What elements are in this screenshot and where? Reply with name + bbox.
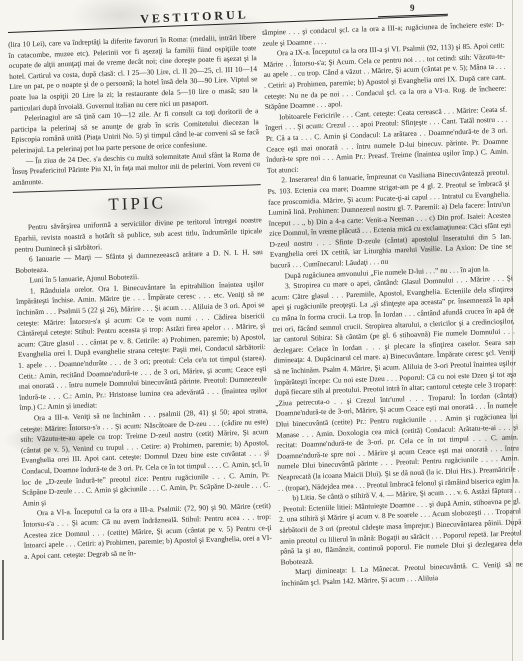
pilgrimage-paragraph: (lira 10 Lei), care va îndreptăţi la dif… — [8, 32, 258, 114]
section-title-tipic: TIPIC — [13, 189, 262, 219]
tipic-paragraph: b) Litia. Se cântă o stihiră V. 4. — Măr… — [278, 485, 522, 568]
tipic-paragraph: 3. Stropirea cu mare o apei, cântând: Gl… — [271, 274, 520, 494]
tipic-paragraph: Iobitoarele Fericirile . . . Cant. ceteş… — [265, 104, 509, 176]
binding-mark — [2, 560, 4, 640]
tipic-paragraph: 1. Rânduiala orelor. Ora I. Binecuvântar… — [16, 279, 268, 414]
left-column: (lira 10 Lei), care va îndreptăţi la dif… — [8, 32, 272, 562]
page-number: 9 — [410, 3, 415, 13]
tipic-paragraph: Ora a IX-a. Începutul ca la ora III-a şi… — [263, 41, 507, 113]
right-column: tâmpine . . . şi condacul şcl. ca la ora… — [262, 20, 523, 590]
tipic-paragraph: Ora a VI-a. Începutul ca la ora a III-a.… — [23, 501, 273, 562]
tipic-paragraph: 2. Inserarea! din 6 Ianuarie, împreunat … — [267, 168, 512, 272]
tipic-paragraph: Ora a III-a. Veniţi să ne închinăm . . .… — [20, 406, 271, 509]
scanned-page: 9 VESTITORUL (lira 10 Lei), care va îndr… — [0, 0, 523, 661]
